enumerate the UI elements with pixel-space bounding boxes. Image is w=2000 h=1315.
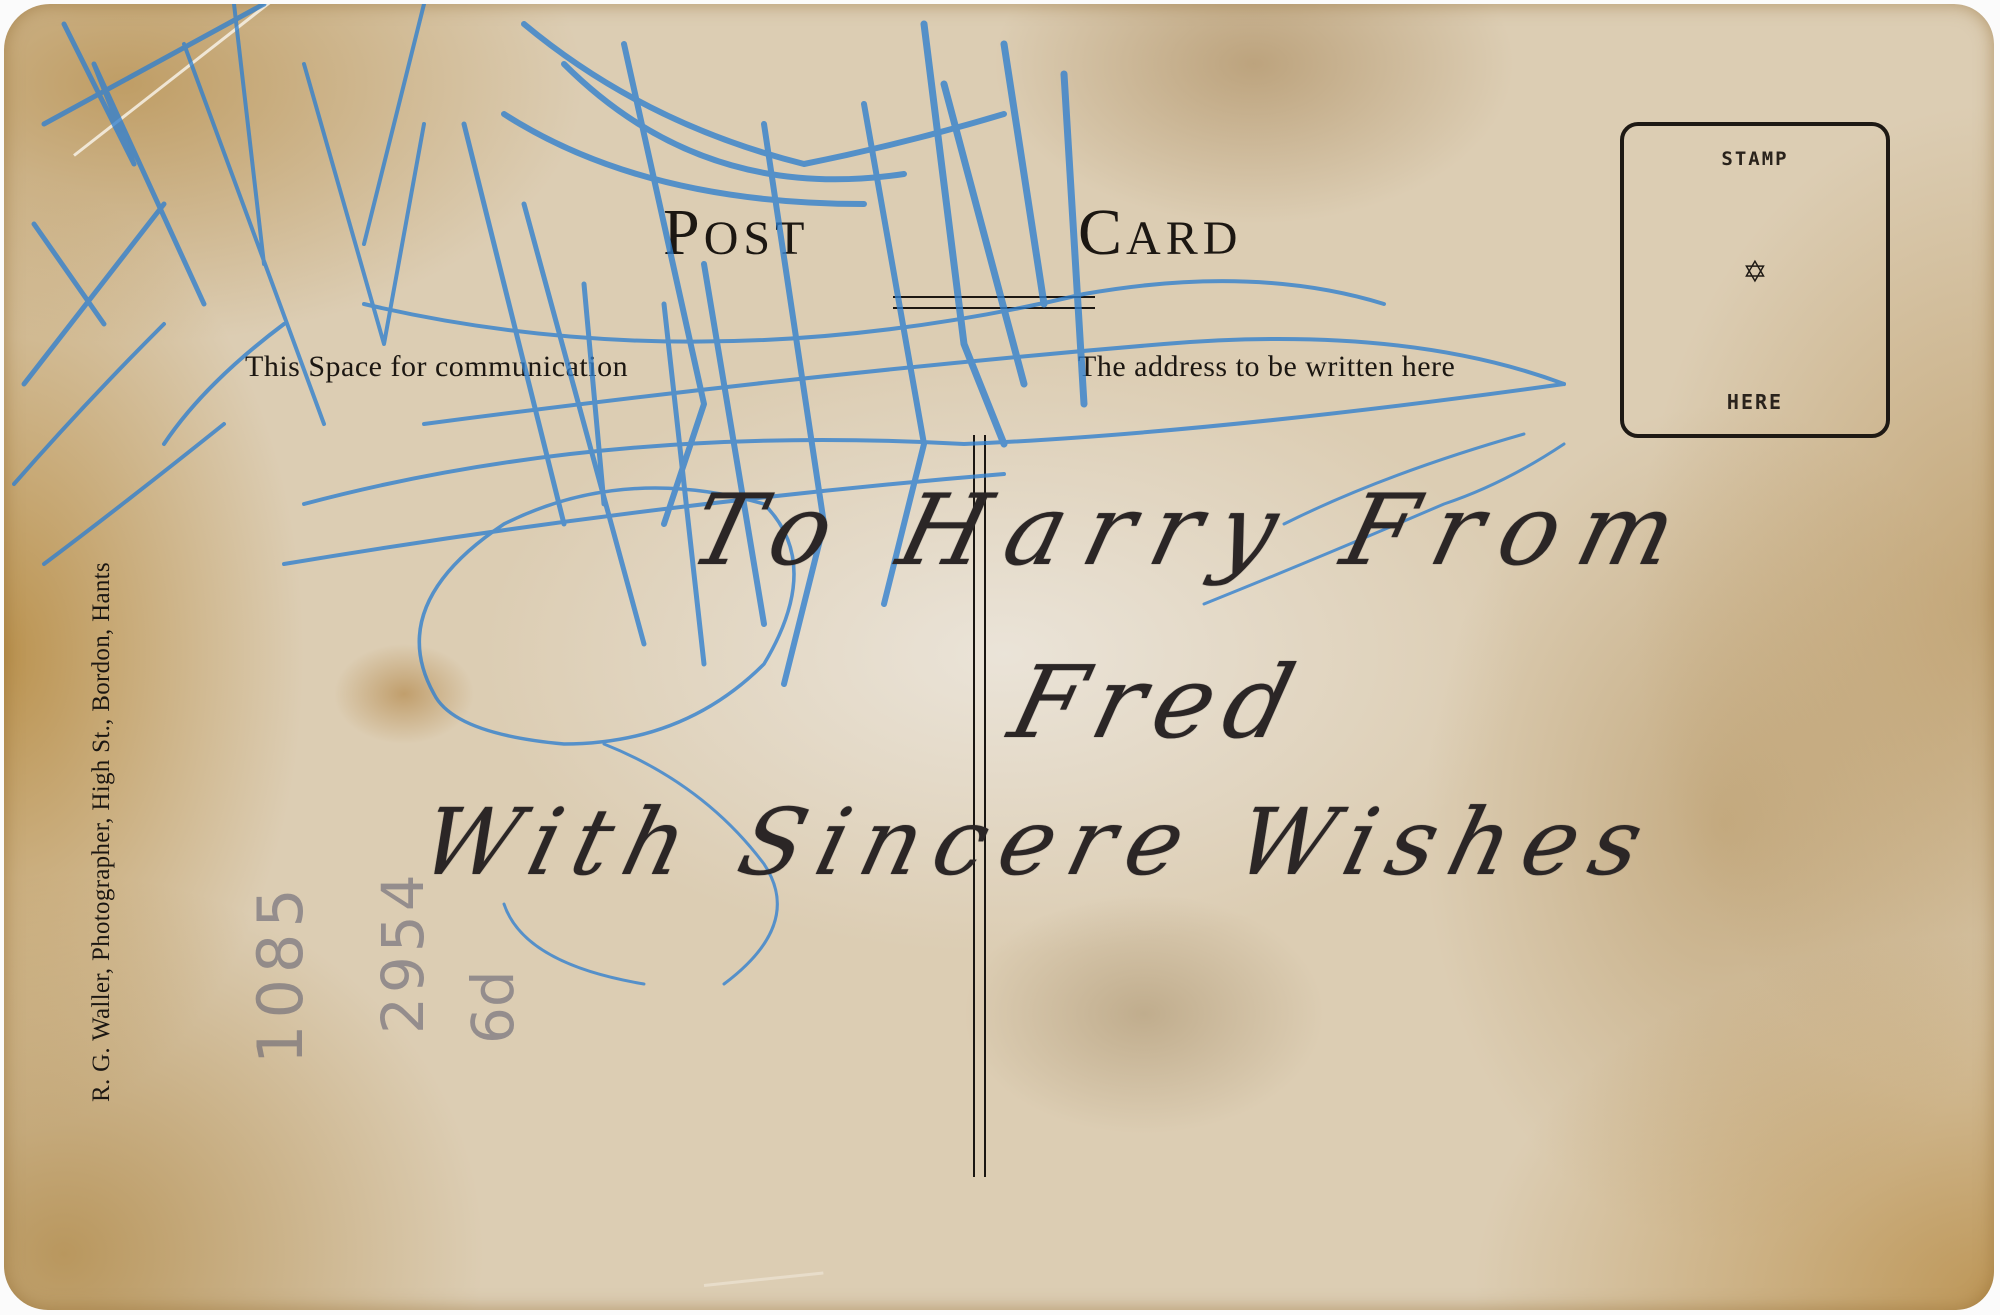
stamp-box: STAMP ✡ HERE bbox=[1620, 122, 1890, 438]
address-caption: The address to be written here bbox=[1078, 350, 1455, 384]
photographer-imprint: R. G. Waller, Photographer, High St., Bo… bbox=[88, 562, 116, 1102]
star-icon: ✡ bbox=[1624, 258, 1886, 288]
pencil-note: 1085 bbox=[244, 882, 317, 1064]
title-rest: ARD bbox=[1126, 212, 1242, 265]
title-rest: OST bbox=[704, 212, 810, 265]
title-card: CARD bbox=[1078, 200, 1242, 266]
pencil-note: 6d bbox=[459, 970, 527, 1044]
communication-caption: This Space for communication bbox=[245, 350, 628, 384]
title-initial: C bbox=[1078, 196, 1126, 269]
paper-crease bbox=[73, 4, 280, 157]
stamp-label: STAMP bbox=[1624, 148, 1886, 170]
handwriting-sender: Fred bbox=[999, 644, 1317, 761]
title-post: POST bbox=[663, 200, 809, 266]
handwriting-recipient: To Harry From bbox=[680, 474, 1707, 588]
postcard-back: POST CARD This Space for communication T… bbox=[4, 4, 1994, 1310]
here-label: HERE bbox=[1624, 390, 1886, 414]
title-double-rule bbox=[893, 296, 1095, 309]
handwriting-greeting: With Sincere Wishes bbox=[411, 789, 1667, 896]
paper-crease bbox=[704, 1271, 824, 1287]
title-initial: P bbox=[663, 196, 704, 269]
